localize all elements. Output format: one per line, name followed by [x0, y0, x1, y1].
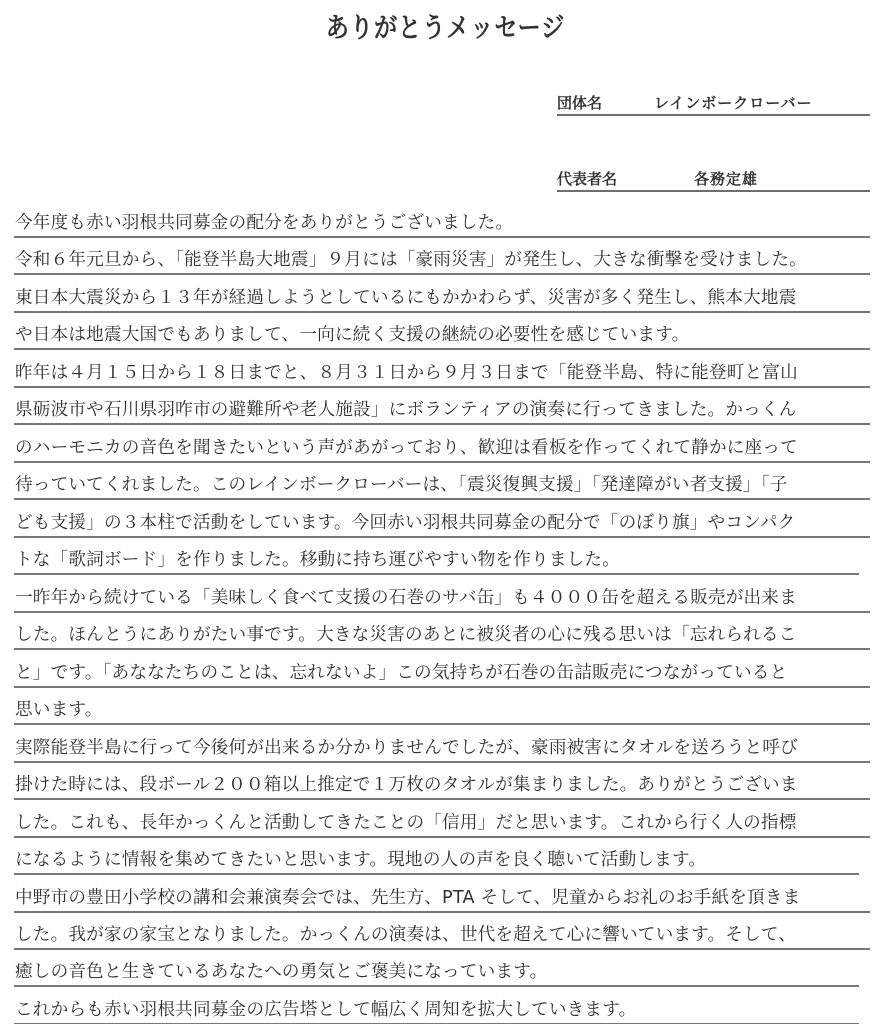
message-line: 令和６年元旦から、「能登半島大地震」９月には「豪雨災害」が発生し、大きな衝撃を受… [14, 239, 870, 275]
line-text: と」です。「あななたちのことは、忘れないよ」この気持ちが石巻の缶詰販売につながっ… [15, 659, 787, 684]
message-line: や日本は地震大国でもありまして、一向に続く支援の継続の必要性を感じています。 [14, 314, 870, 350]
line-text: のハーモニカの音色を聞きたいという声があがっており、歓迎は看板を作ってくれて静か… [15, 434, 798, 459]
line-text: 待っていてくれました。このレインボークローバーは、「震災復興支援」「発達障がい者… [15, 471, 788, 496]
representative-field: 代表者名 各務定雄 [557, 168, 870, 192]
line-text: これからも赤い羽根共同募金の広告塔として幅広く周知を拡大していきます。 [15, 996, 636, 1021]
message-line: これからも赤い羽根共同募金の広告塔として幅広く周知を拡大していきます。 [14, 989, 859, 1024]
line-text: した。これも、長年かっくんと活動してきたことの「信用」だと思います。これから行く… [15, 809, 797, 834]
message-line: 実際能登半島に行って今後何が出来るか分かりませんでしたが、豪雨被害にタオルを送ろ… [14, 727, 870, 763]
message-line: 思います。 [14, 689, 870, 725]
line-text: トな「歌詞ボード」を作りました。移動に持ち運びやすい物を作りました。 [15, 546, 620, 571]
line-text: 東日本大震災から１３年が経過しようとしているにもかかわらず、災害が多く発生し、熊… [15, 284, 797, 309]
message-line: 県砺波市や石川県羽咋市の避難所や老人施設」にボランティアの演奏に行ってきました。… [14, 389, 870, 425]
message-line: 癒しの音色と生きているあなたへの勇気とご褒美になっています。 [14, 952, 859, 988]
line-text: 昨年は４月１５日から１８日までと、８月３１日から９月３日まで「能登半島、特に能登… [15, 359, 798, 384]
organization-label: 団体名 [557, 92, 602, 113]
line-text: した。我が家の家宝となりました。かっくんの演奏は、世代を超えて心に響いています。… [15, 921, 796, 946]
organization-value: レインボークローバー [654, 92, 813, 113]
line-text: 思います。 [15, 696, 103, 721]
document-title: ありがとうメッセージ [62, 6, 828, 45]
organization-field: 団体名 レインボークローバー [557, 92, 870, 116]
message-line: 一昨年から続けている「美味しく食べて支援の石巻のサバ缶」も４０００缶を超える販売… [14, 577, 870, 613]
line-text: ども支援」の３本柱で活動をしています。今回赤い羽根共同募金の配分で「のぼり旗」や… [15, 509, 795, 534]
line-text: 一昨年から続けている「美味しく食べて支援の石巻のサバ缶」も４０００缶を超える販売… [15, 584, 797, 609]
line-text: 癒しの音色と生きているあなたへの勇気とご褒美になっています。 [15, 958, 547, 983]
line-text: 令和６年元旦から、「能登半島大地震」９月には「豪雨災害」が発生し、大きな衝撃を受… [15, 246, 807, 271]
message-line: した。我が家の家宝となりました。かっくんの演奏は、世代を超えて心に響いています。… [14, 914, 870, 950]
line-text: 今年度も赤い羽根共同募金の配分をありがとうございました。 [15, 209, 513, 234]
message-line: 待っていてくれました。このレインボークローバーは、「震災復興支援」「発達障がい者… [14, 464, 870, 500]
line-text: になるように情報を集めてきたいと思います。現地の人の声を良く聴いて活動します。 [15, 846, 706, 871]
message-line: 今年度も赤い羽根共同募金の配分をありがとうございました。 [14, 202, 870, 238]
message-line: ども支援」の３本柱で活動をしています。今回赤い羽根共同募金の配分で「のぼり旗」や… [14, 502, 870, 538]
line-text: 県砺波市や石川県羽咋市の避難所や老人施設」にボランティアの演奏に行ってきました。… [15, 396, 797, 421]
message-line: 中野市の豊田小学校の講和会兼演奏会では、先生方、PTA そして、児童からお礼のお… [14, 877, 870, 913]
message-line: した。これも、長年かっくんと活動してきたことの「信用」だと思います。これから行く… [14, 802, 870, 838]
line-text: 中野市の豊田小学校の講和会兼演奏会では、先生方、PTA そして、児童からお礼のお… [15, 884, 800, 909]
message-line: 東日本大震災から１３年が経過しようとしているにもかかわらず、災害が多く発生し、熊… [14, 277, 870, 313]
line-text: した。ほんとうにありがたい事です。大きな災害のあとに被災者の心に残る思いは「忘れ… [15, 621, 797, 646]
message-line: 昨年は４月１５日から１８日までと、８月３１日から９月３日まで「能登半島、特に能登… [14, 352, 870, 388]
message-body: 今年度も赤い羽根共同募金の配分をありがとうございました。 令和６年元旦から、「能… [14, 202, 870, 1024]
line-text: 掛けた時には、段ボール２００箱以上推定で１万枚のタオルが集まりました。ありがとう… [15, 771, 798, 796]
message-line: と」です。「あななたちのことは、忘れないよ」この気持ちが石巻の缶詰販売につながっ… [14, 652, 870, 688]
representative-label: 代表者名 [557, 168, 617, 189]
message-line: した。ほんとうにありがたい事です。大きな災害のあとに被災者の心に残る思いは「忘れ… [14, 614, 870, 650]
line-text: や日本は地震大国でもありまして、一向に続く支援の継続の必要性を感じています。 [15, 321, 689, 346]
message-line: トな「歌詞ボード」を作りました。移動に持ち運びやすい物を作りました。 [14, 539, 859, 575]
message-line: のハーモニカの音色を聞きたいという声があがっており、歓迎は看板を作ってくれて静か… [14, 427, 870, 463]
line-text: 実際能登半島に行って今後何が出来るか分かりませんでしたが、豪雨被害にタオルを送ろ… [15, 734, 798, 759]
message-line: 掛けた時には、段ボール２００箱以上推定で１万枚のタオルが集まりました。ありがとう… [14, 764, 870, 800]
representative-value: 各務定雄 [694, 168, 758, 189]
message-line: になるように情報を集めてきたいと思います。現地の人の声を良く聴いて活動します。 [14, 839, 859, 875]
